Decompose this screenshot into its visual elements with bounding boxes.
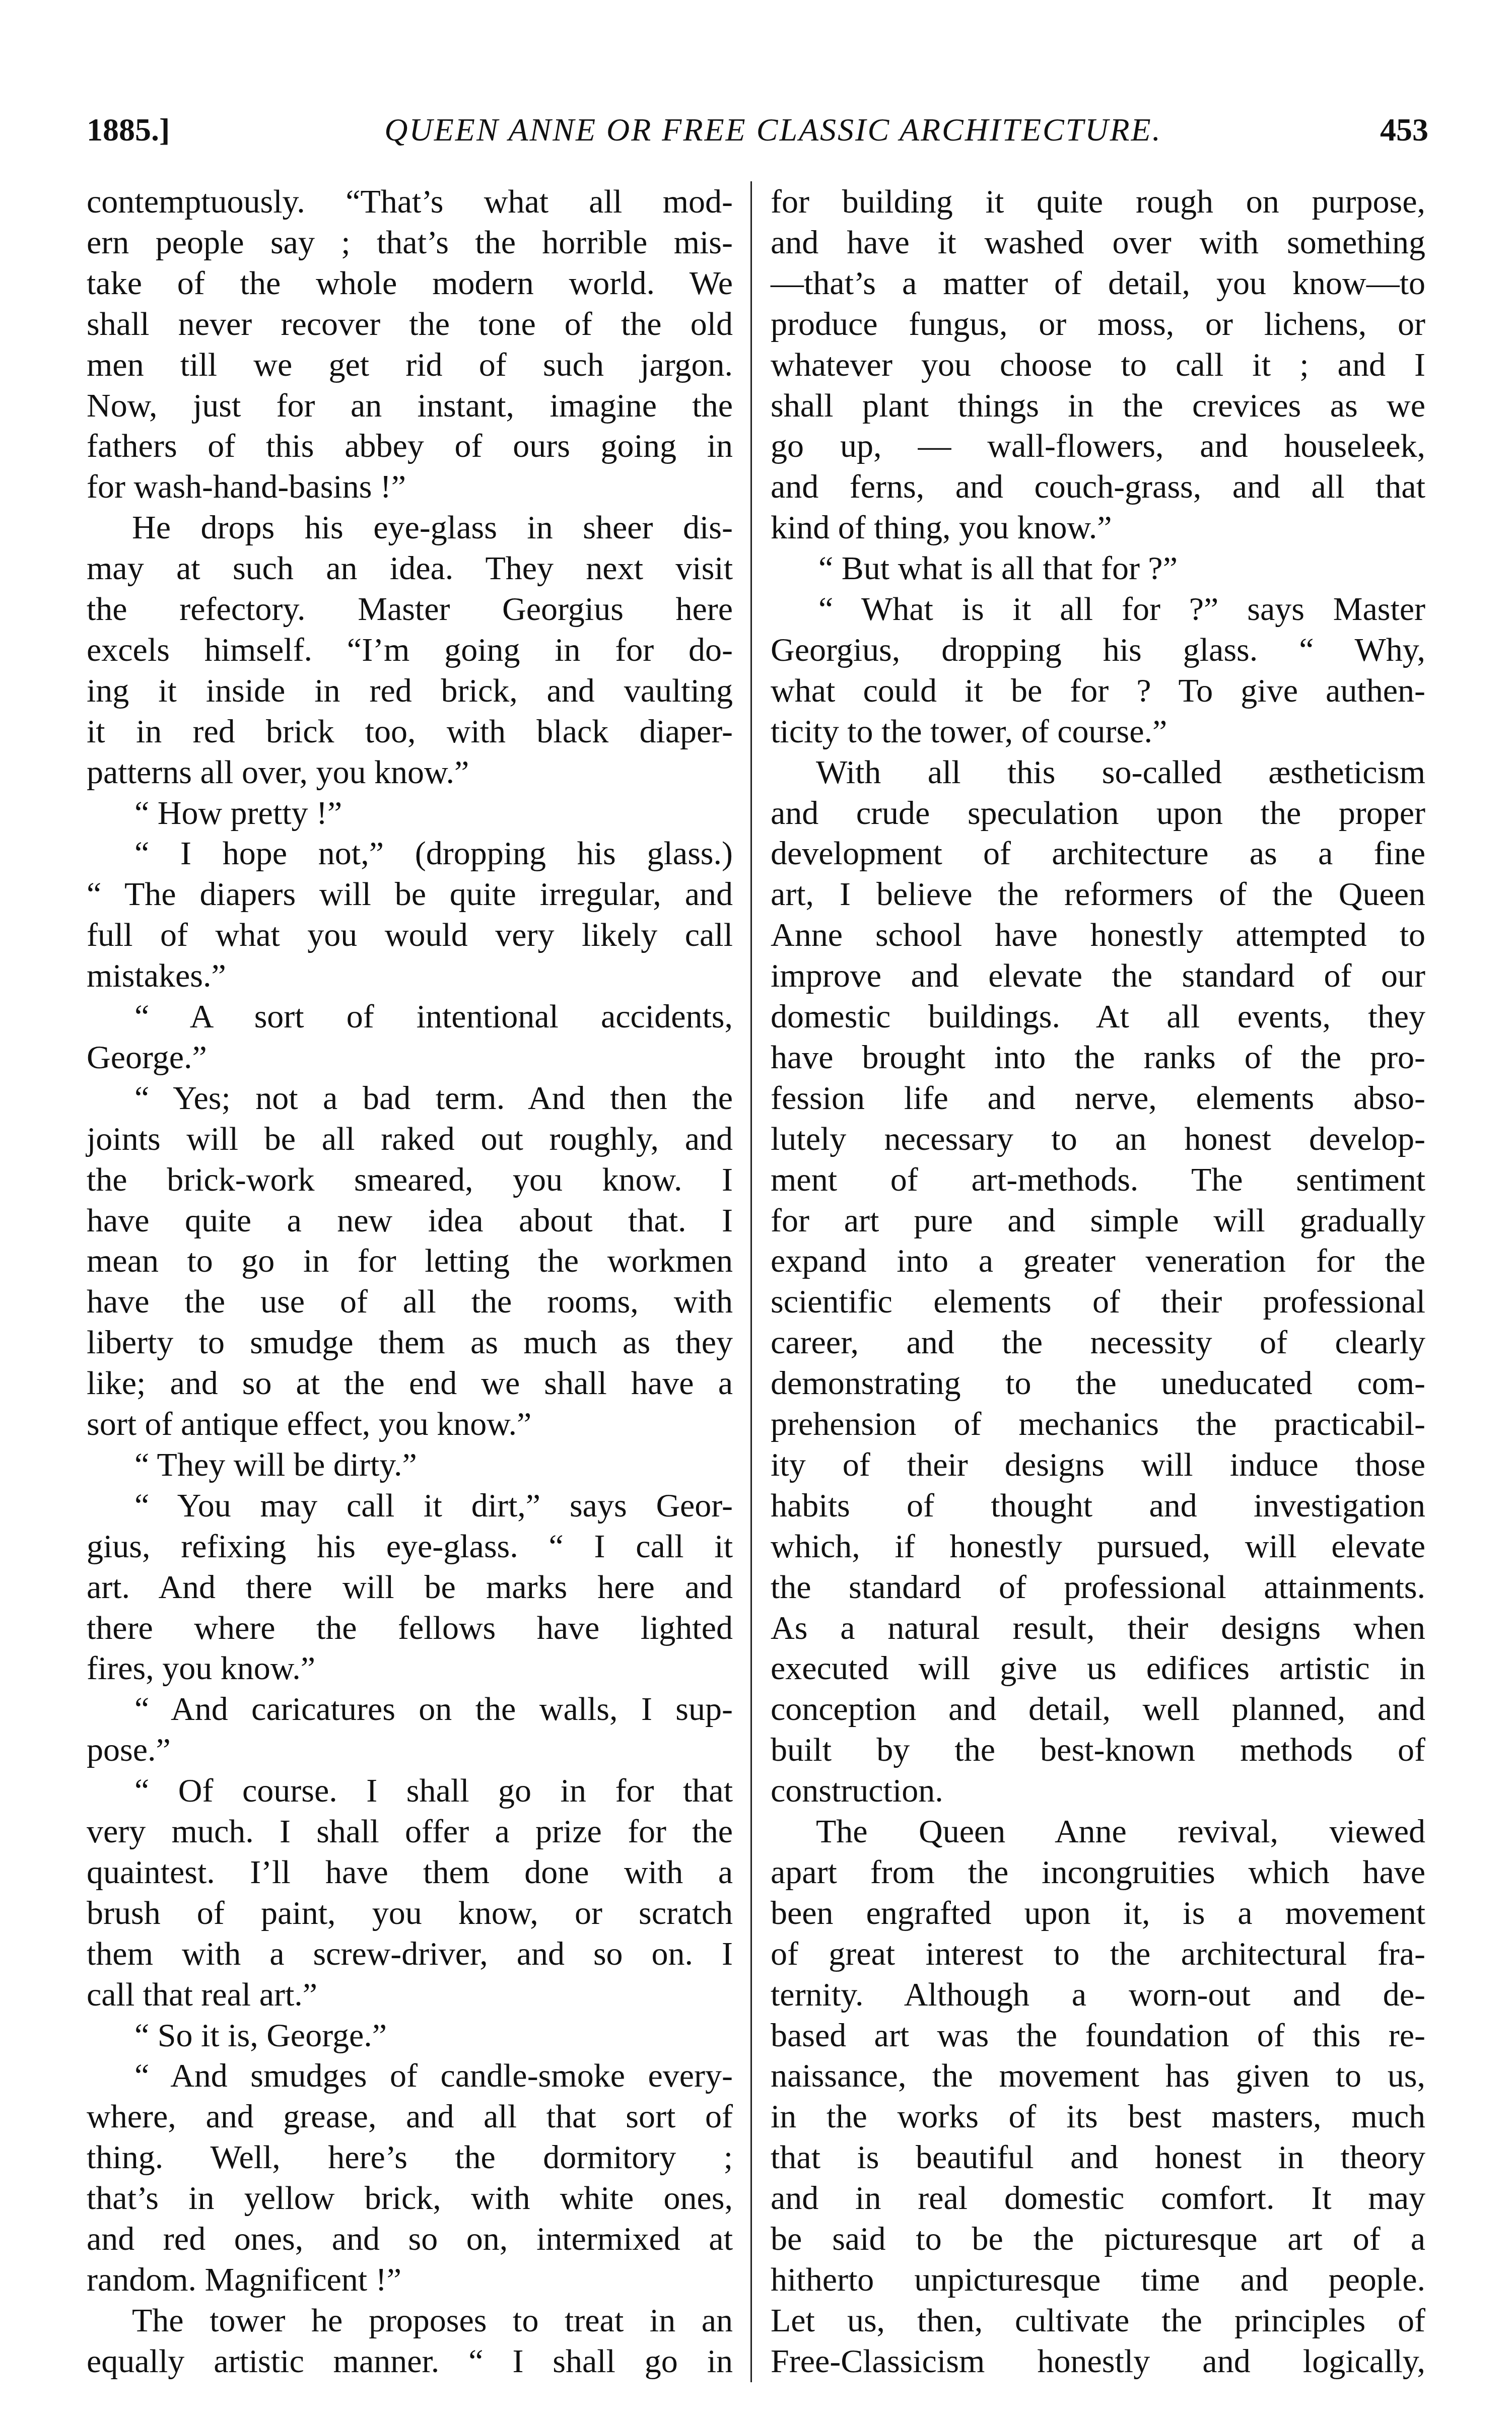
text-line: construction. — [771, 1770, 1425, 1811]
text-line: full of what you would very likely call — [87, 915, 733, 955]
text-line: shall never recover the tone of the old — [87, 304, 733, 344]
text-line: produce fungus, or moss, or lichens, or — [771, 304, 1425, 344]
text-line: “ A sort of intentional accidents, — [87, 996, 733, 1037]
text-line: in the works of its best masters, much — [771, 2096, 1425, 2137]
text-line: very much. I shall offer a prize for the — [87, 1811, 733, 1852]
text-line: naissance, the movement has given to us, — [771, 2055, 1425, 2096]
text-line: Free-Classicism honestly and logically, — [771, 2341, 1425, 2382]
text-line: call that real art.” — [87, 1974, 733, 2015]
text-line: expand into a greater veneration for the — [771, 1240, 1425, 1281]
text-line: that is beautiful and honest in theory — [771, 2137, 1425, 2178]
page-number: 453 — [1380, 110, 1428, 150]
text-line: for art pure and simple will gradually — [771, 1200, 1425, 1241]
text-line: apart from the incongruities which have — [771, 1852, 1425, 1893]
text-line: mean to go in for letting the workmen — [87, 1240, 733, 1281]
text-line: executed will give us edifices artistic … — [771, 1648, 1425, 1689]
text-line: mistakes.” — [87, 955, 733, 996]
text-line: it in red brick too, with black diaper- — [87, 711, 733, 752]
text-line: been engrafted upon it, is a movement — [771, 1893, 1425, 1933]
text-line: development of architecture as a fine — [771, 833, 1425, 874]
text-line: demonstrating to the uneducated com- — [771, 1363, 1425, 1404]
text-line: “ The diapers will be quite irregular, a… — [87, 874, 733, 915]
text-line: have brought into the ranks of the pro- — [771, 1037, 1425, 1078]
text-line: Now, just for an instant, imagine the — [87, 385, 733, 426]
text-line: domestic buildings. At all events, they — [771, 996, 1425, 1037]
text-line: go up, — wall-flowers, and houseleek, — [771, 426, 1425, 466]
text-line: that’s in yellow brick, with white ones, — [87, 2178, 733, 2219]
text-line: As a natural result, their designs when — [771, 1608, 1425, 1648]
text-line: take of the whole modern world. We — [87, 263, 733, 304]
text-line: men till we get rid of such jargon. — [87, 344, 733, 385]
text-line: George.” — [87, 1037, 733, 1078]
text-line: fession life and nerve, elements abso- — [771, 1078, 1425, 1119]
text-line: lutely necessary to an honest develop- — [771, 1119, 1425, 1159]
text-line: art. And there will be marks here and — [87, 1567, 733, 1608]
text-line: and crude speculation upon the proper — [771, 793, 1425, 834]
text-line: based art was the foundation of this re- — [771, 2015, 1425, 2056]
text-line: Anne school have honestly attempted to — [771, 915, 1425, 955]
text-line: random. Magnificent !” — [87, 2259, 733, 2300]
text-line: ern people say ; that’s the horrible mis… — [87, 222, 733, 263]
text-line: “ I hope not,” (dropping his glass.) — [87, 833, 733, 874]
document-page: 1885.] QUEEN ANNE OR FREE CLASSIC ARCHIT… — [0, 0, 1512, 2418]
text-line: have quite a new idea about that. I — [87, 1200, 733, 1241]
text-line: which, if honestly pursued, will elevate — [771, 1526, 1425, 1567]
text-line: fires, you know.” — [87, 1648, 733, 1689]
text-line: liberty to smudge them as much as they — [87, 1322, 733, 1363]
text-line: what could it be for ? To give authen- — [771, 670, 1425, 711]
text-line: ment of art-methods. The sentiment — [771, 1159, 1425, 1200]
text-line: like; and so at the end we shall have a — [87, 1363, 733, 1404]
text-line: for building it quite rough on purpose, — [771, 181, 1425, 222]
text-line: The tower he proposes to treat in an — [87, 2300, 733, 2341]
text-line: pose.” — [87, 1730, 733, 1770]
text-line: “ Yes; not a bad term. And then the — [87, 1078, 733, 1119]
text-line: —that’s a matter of detail, you know—to — [771, 263, 1425, 304]
text-line: habits of thought and investigation — [771, 1485, 1425, 1526]
text-line: With all this so-called æstheticism — [771, 752, 1425, 793]
text-line: sort of antique effect, you know.” — [87, 1404, 733, 1444]
text-line: brush of paint, you know, or scratch — [87, 1893, 733, 1933]
text-line: The Queen Anne revival, viewed — [771, 1811, 1425, 1852]
text-line: “ And caricatures on the walls, I sup- — [87, 1689, 733, 1730]
text-line: “ Of course. I shall go in for that — [87, 1770, 733, 1811]
text-line: whatever you choose to call it ; and I — [771, 344, 1425, 385]
text-line: there where the fellows have lighted — [87, 1608, 733, 1648]
text-line: excels himself. “I’m going in for do- — [87, 630, 733, 670]
text-line: and have it washed over with something — [771, 222, 1425, 263]
text-line: and red ones, and so on, intermixed at — [87, 2219, 733, 2259]
text-line: career, and the necessity of clearly — [771, 1322, 1425, 1363]
text-line: quaintest. I’ll have them done with a — [87, 1852, 733, 1893]
text-line: art, I believe the reformers of the Quee… — [771, 874, 1425, 915]
text-line: the brick-work smeared, you know. I — [87, 1159, 733, 1200]
text-line: gius, refixing his eye-glass. “ I call i… — [87, 1526, 733, 1567]
text-line: kind of thing, you know.” — [771, 507, 1425, 548]
text-line: contemptuously. “That’s what all mod- — [87, 181, 733, 222]
text-line: “ What is it all for ?” says Master — [771, 589, 1425, 630]
text-line: He drops his eye-glass in sheer dis- — [87, 507, 733, 548]
text-line: thing. Well, here’s the dormitory ; — [87, 2137, 733, 2178]
text-line: them with a screw-driver, and so on. I — [87, 1933, 733, 1974]
running-header-year: 1885.] — [87, 110, 170, 150]
text-line: patterns all over, you know.” — [87, 752, 733, 793]
text-line: “ And smudges of candle-smoke every- — [87, 2055, 733, 2096]
text-line: “ How pretty !” — [87, 793, 733, 834]
text-line: and ferns, and couch-grass, and all that — [771, 466, 1425, 507]
text-line: conception and detail, well planned, and — [771, 1689, 1425, 1730]
text-line: have the use of all the rooms, with — [87, 1281, 733, 1322]
text-line: ity of their designs will induce those — [771, 1444, 1425, 1485]
text-line: scientific elements of their professiona… — [771, 1281, 1425, 1322]
text-line: shall plant things in the crevices as we — [771, 385, 1425, 426]
text-line: “ You may call it dirt,” says Geor- — [87, 1485, 733, 1526]
text-line: built by the best-known methods of — [771, 1730, 1425, 1770]
text-line: for wash-hand-basins !” — [87, 466, 733, 507]
text-line: of great interest to the architectural f… — [771, 1933, 1425, 1974]
text-line: and in real domestic comfort. It may — [771, 2178, 1425, 2219]
text-line: where, and grease, and all that sort of — [87, 2096, 733, 2137]
text-line: ing it inside in red brick, and vaulting — [87, 670, 733, 711]
text-line: the standard of professional attainments… — [771, 1567, 1425, 1608]
text-line: may at such an idea. They next visit — [87, 548, 733, 589]
text-line: Georgius, dropping his glass. “ Why, — [771, 630, 1425, 670]
running-header-title: QUEEN ANNE OR FREE CLASSIC ARCHITECTURE. — [262, 110, 1284, 150]
text-line: be said to be the picturesque art of a — [771, 2219, 1425, 2259]
text-line: the refectory. Master Georgius here — [87, 589, 733, 630]
text-line: ticity to the tower, of course.” — [771, 711, 1425, 752]
text-line: ternity. Although a worn-out and de- — [771, 1974, 1425, 2015]
text-line: Let us, then, cultivate the principles o… — [771, 2300, 1425, 2341]
text-line: joints will be all raked out roughly, an… — [87, 1119, 733, 1159]
text-line: “ They will be dirty.” — [87, 1444, 733, 1485]
text-line: prehension of mechanics the practicabil- — [771, 1404, 1425, 1444]
text-line: “ But what is all that for ?” — [771, 548, 1425, 589]
text-line: improve and elevate the standard of our — [771, 955, 1425, 996]
column-divider — [750, 181, 752, 2382]
text-line: hitherto unpicturesque time and people. — [771, 2259, 1425, 2300]
text-line: fathers of this abbey of ours going in — [87, 426, 733, 466]
text-line: “ So it is, George.” — [87, 2015, 733, 2056]
text-line: equally artistic manner. “ I shall go in — [87, 2341, 733, 2382]
